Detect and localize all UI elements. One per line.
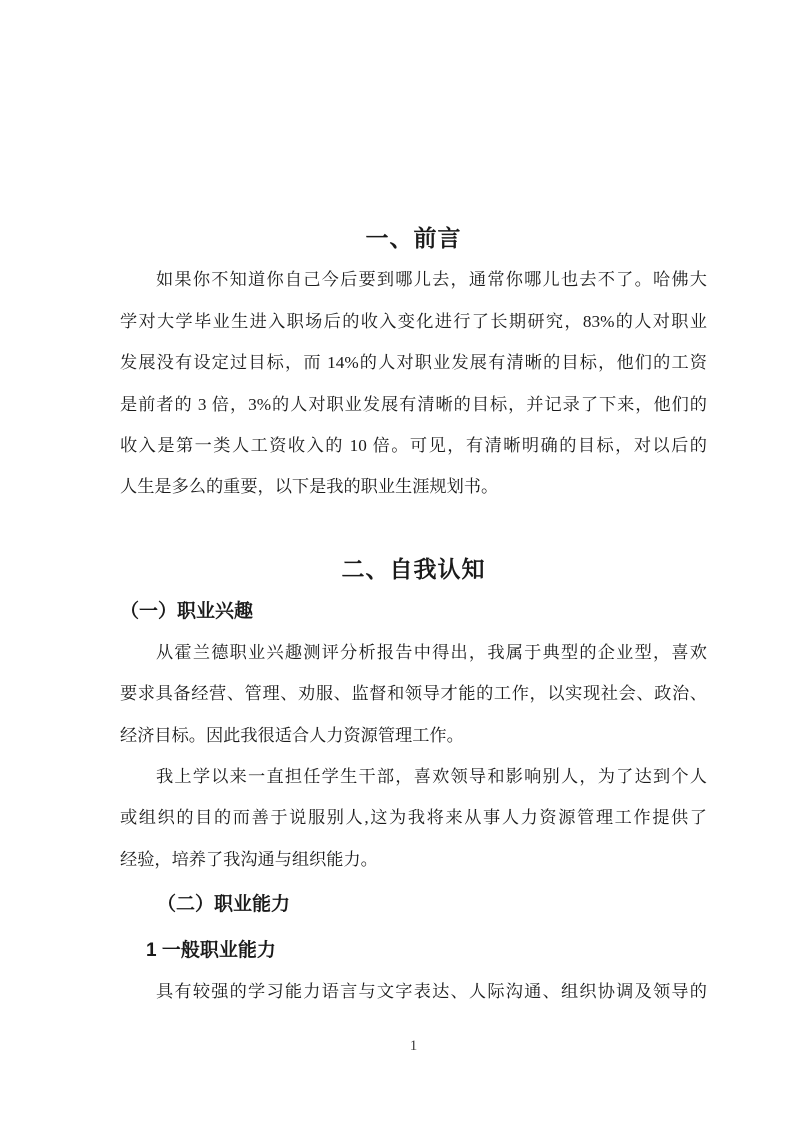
section-title-foreword: 一、前言 bbox=[120, 218, 707, 259]
page-number: 1 bbox=[120, 1036, 707, 1056]
subheading-general-ability: 1 一般职业能力 bbox=[120, 930, 707, 971]
paragraph-line: 发展没有设定过目标，而 14%的人对职业发展有清晰的目标，他们的工资 bbox=[120, 342, 707, 383]
paragraph-line: 是前者的 3 倍，3%的人对职业发展有清晰的目标，并记录了下来，他们的 bbox=[120, 384, 707, 425]
paragraph-line: 或组织的目的而善于说服别人,这为我将来从事人力资源管理工作提供了 bbox=[120, 797, 707, 838]
document-content: 一、前言 如果你不知道你自己今后要到哪儿去，通常你哪儿也去不了。哈佛大 学对大学… bbox=[120, 218, 707, 1012]
paragraph-student-leader: 我上学以来一直担任学生干部，喜欢领导和影响别人，为了达到个人 或组织的目的而善于… bbox=[120, 756, 707, 880]
paragraph-line: 要求具备经营、管理、劝服、监督和领导才能的工作，以实现社会、政治、 bbox=[120, 673, 707, 714]
paragraph-line: 我上学以来一直担任学生干部，喜欢领导和影响别人，为了达到个人 bbox=[120, 756, 707, 797]
paragraph-career-interest: 从霍兰德职业兴趣测评分析报告中得出，我属于典型的企业型，喜欢 要求具备经营、管理… bbox=[120, 632, 707, 756]
paragraph-line: 收入是第一类人工资收入的 10 倍。可见，有清晰明确的目标，对以后的 bbox=[120, 425, 707, 466]
document-page: 一、前言 如果你不知道你自己今后要到哪儿去，通常你哪儿也去不了。哈佛大 学对大学… bbox=[0, 0, 793, 1122]
paragraph-line: 具有较强的学习能力语言与文字表达、人际沟通、组织协调及领导的 bbox=[120, 971, 707, 1012]
paragraph-line: 经验，培养了我沟通与组织能力。 bbox=[120, 839, 707, 880]
paragraph-general-ability: 具有较强的学习能力语言与文字表达、人际沟通、组织协调及领导的 bbox=[120, 971, 707, 1012]
subheading-career-interest: （一）职业兴趣 bbox=[120, 591, 707, 632]
paragraph-line: 如果你不知道你自己今后要到哪儿去，通常你哪儿也去不了。哈佛大 bbox=[120, 259, 707, 300]
subheading-career-ability: （二）职业能力 bbox=[120, 884, 707, 925]
blank-line bbox=[120, 508, 707, 549]
paragraph-line: 学对大学毕业生进入职场后的收入变化进行了长期研究，83%的人对职业 bbox=[120, 301, 707, 342]
paragraph-line: 经济目标。因此我很适合人力资源管理工作。 bbox=[120, 715, 707, 756]
section-title-self-cognition: 二、自我认知 bbox=[120, 549, 707, 590]
paragraph-line: 从霍兰德职业兴趣测评分析报告中得出，我属于典型的企业型，喜欢 bbox=[120, 632, 707, 673]
paragraph-line: 人生是多么的重要，以下是我的职业生涯规划书。 bbox=[120, 466, 707, 507]
paragraph-foreword: 如果你不知道你自己今后要到哪儿去，通常你哪儿也去不了。哈佛大 学对大学毕业生进入… bbox=[120, 259, 707, 507]
